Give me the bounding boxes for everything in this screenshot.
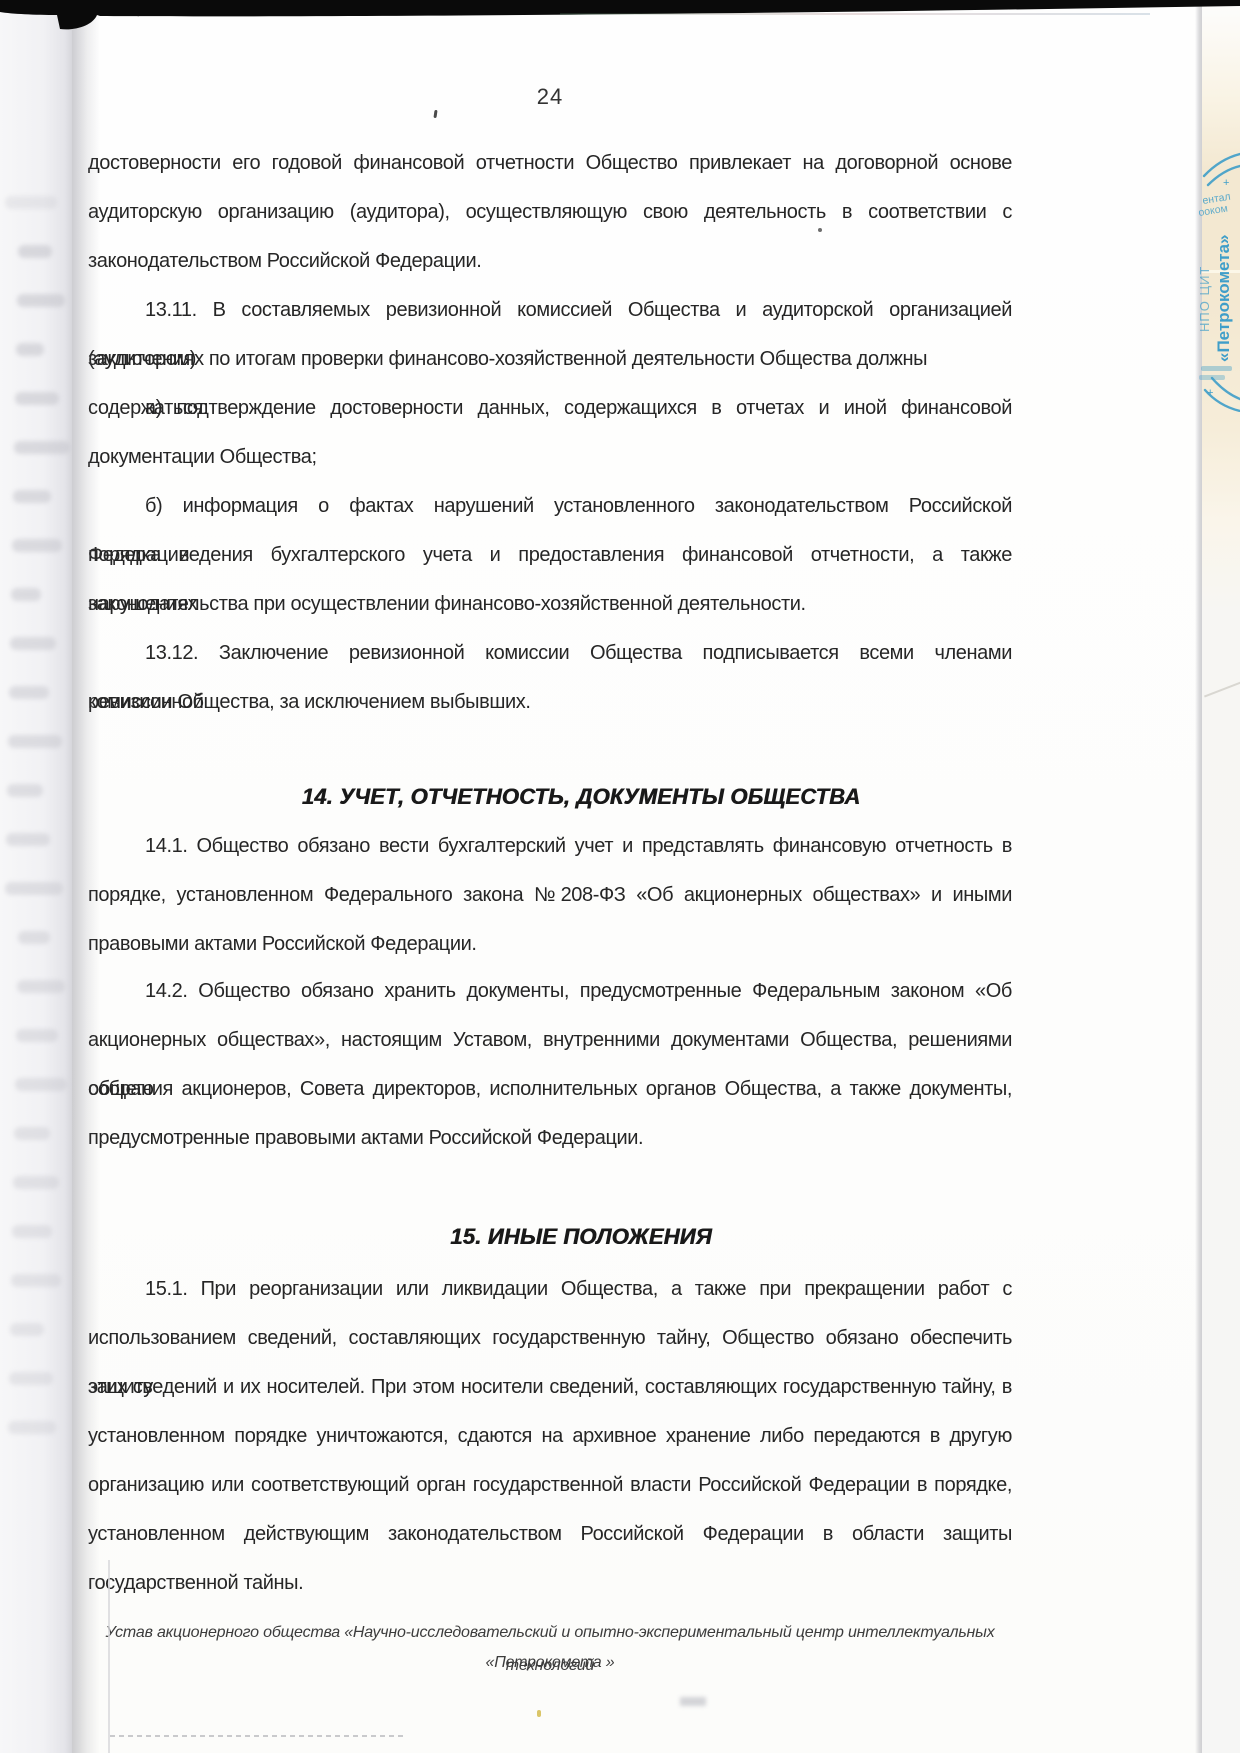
stamp-org-abbreviation: НПО ЦИТ: [1198, 266, 1212, 332]
bleed-through-artifact: [11, 588, 41, 601]
stamp-graphic: + ентал ооком НПО ЦИТ «Петрокомета» +: [1198, 150, 1240, 412]
scanned-document-page: + ентал ооком НПО ЦИТ «Петрокомета» + 24…: [0, 0, 1240, 1753]
text-line: собрания акционеров, Совета директоров, …: [88, 1065, 1012, 1114]
bleed-through-artifact: [6, 833, 50, 846]
bleed-through-artifact: [5, 196, 57, 209]
document-body: 24 достоверности его годовой финансовой …: [88, 0, 1012, 1753]
bleed-through-artifact: [9, 1372, 53, 1385]
bleed-through-artifact: [8, 735, 62, 748]
page-fold-line-bottom: [108, 1560, 110, 1753]
text-line: акционерных обществах», настоящим Уставо…: [88, 1016, 1012, 1065]
paragraph: 13.11. В составляемых ревизионной комисс…: [88, 286, 1012, 384]
bleed-through-artifact: [15, 1078, 67, 1091]
text-line: 13.12. Заключение ревизионной комиссии О…: [88, 629, 1012, 678]
paragraph: 15.1. При реорганизации или ликвидации О…: [88, 1265, 1012, 1608]
text-line: правовыми актами Российской Федерации.: [88, 920, 1012, 969]
section-heading: 15. ИНЫЕ ПОЛОЖЕНИЯ: [88, 1217, 1012, 1257]
bleed-through-artifact: [9, 686, 49, 699]
text-line: достоверности его годовой финансовой отч…: [88, 139, 1012, 188]
paragraph: достоверности его годовой финансовой отч…: [88, 139, 1012, 286]
text-line: аудиторскую организацию (аудитора), осущ…: [88, 188, 1012, 237]
text-line: порядке, установленном Федерального зако…: [88, 871, 1012, 920]
text-line: а) подтверждение достоверности данных, с…: [88, 384, 1012, 433]
bleed-through-artifact: [12, 1225, 52, 1238]
stamp-plus-mark: +: [1207, 387, 1213, 399]
section-heading: 14. УЧЕТ, ОТЧЕТНОСТЬ, ДОКУМЕНТЫ ОБЩЕСТВА: [88, 777, 1012, 817]
text-line: этих сведений и их носителей. При этом н…: [88, 1363, 1012, 1412]
text-line: государственной тайны.: [88, 1559, 1012, 1608]
paragraph: 13.12. Заключение ревизионной комиссии О…: [88, 629, 1012, 727]
bleed-through-artifact: [17, 294, 65, 307]
paragraph: а) подтверждение достоверности данных, с…: [88, 384, 1012, 482]
bleed-through-artifact: [14, 1127, 50, 1140]
text-line: использованием сведений, составляющих го…: [88, 1314, 1012, 1363]
text-line: установленном порядке уничтожаются, сдаю…: [88, 1412, 1012, 1461]
bleed-through-artifact: [10, 1323, 44, 1336]
text-line: организацию или соответствующий орган го…: [88, 1461, 1012, 1510]
paragraph: 14.2. Общество обязано хранить документы…: [88, 967, 1012, 1163]
stamp-plus-mark: +: [1223, 177, 1229, 189]
page-number: 24: [88, 84, 1012, 110]
bleed-through-artifact: [14, 441, 70, 454]
text-line: предусмотренные правовыми актами Российс…: [88, 1114, 1012, 1163]
text-line: законодательством Российской Федерации.: [88, 237, 1012, 286]
bleed-through-artifact: [16, 1029, 58, 1042]
bleed-through-artifact: [18, 931, 50, 944]
text-line: заключениях по итогам проверки финансово…: [88, 335, 1012, 384]
bleed-through-artifact: [8, 1421, 56, 1434]
text-line: установленном действующим законодательст…: [88, 1510, 1012, 1559]
text-line: документации Общества;: [88, 433, 1012, 482]
bleed-through-artifact: [7, 784, 43, 797]
text-line: комиссии Общества, за исключением выбывш…: [88, 678, 1012, 727]
text-line: законодательства при осуществлении финан…: [88, 580, 1012, 629]
stamp-small-text-blur: [1199, 375, 1225, 380]
bleed-through-artifact: [16, 343, 44, 356]
scan-smudge: [680, 1697, 706, 1706]
bleed-through-artifact: [11, 1274, 61, 1287]
blue-ink-stamp: + ентал ооком НПО ЦИТ «Петрокомета» +: [1198, 150, 1240, 412]
footer-document-title: Устав акционерного общества «Научно-иссл…: [88, 1616, 1012, 1649]
scan-color-fringe: [560, 13, 1150, 15]
scan-speck: [818, 228, 822, 232]
scan-speck: [537, 1710, 541, 1717]
bleed-through-artifact: [13, 1176, 59, 1189]
paragraph: 14.1. Общество обязано вести бухгалтерск…: [88, 822, 1012, 969]
previous-page-edge: [0, 0, 72, 1753]
bleed-through-artifact: [12, 539, 62, 552]
bleed-through-artifact: [5, 882, 63, 895]
scan-dotted-line: [110, 1735, 405, 1737]
text-line: 15.1. При реорганизации или ликвидации О…: [88, 1265, 1012, 1314]
bleed-through-artifact: [10, 637, 56, 650]
bleed-through-artifact: [17, 980, 65, 993]
stamp-border-arc: [1212, 378, 1240, 399]
bleed-through-artifact: [18, 245, 52, 258]
text-line: порядка ведения бухгалтерского учета и п…: [88, 531, 1012, 580]
text-line: 14.2. Общество обязано хранить документы…: [88, 967, 1012, 1016]
stamp-small-text-blur: [1201, 366, 1232, 371]
text-line: 13.11. В составляемых ревизионной комисс…: [88, 286, 1012, 335]
footer-company-name: «Петрокомета »: [88, 1646, 1012, 1679]
paragraph: б) информация о фактах нарушений установ…: [88, 482, 1012, 629]
stamp-company-name: «Петрокомета»: [1214, 235, 1233, 362]
bleed-through-artifact: [13, 490, 51, 503]
bleed-through-artifact: [15, 392, 59, 405]
text-line: 14.1. Общество обязано вести бухгалтерск…: [88, 822, 1012, 871]
text-line: б) информация о фактах нарушений установ…: [88, 482, 1012, 531]
